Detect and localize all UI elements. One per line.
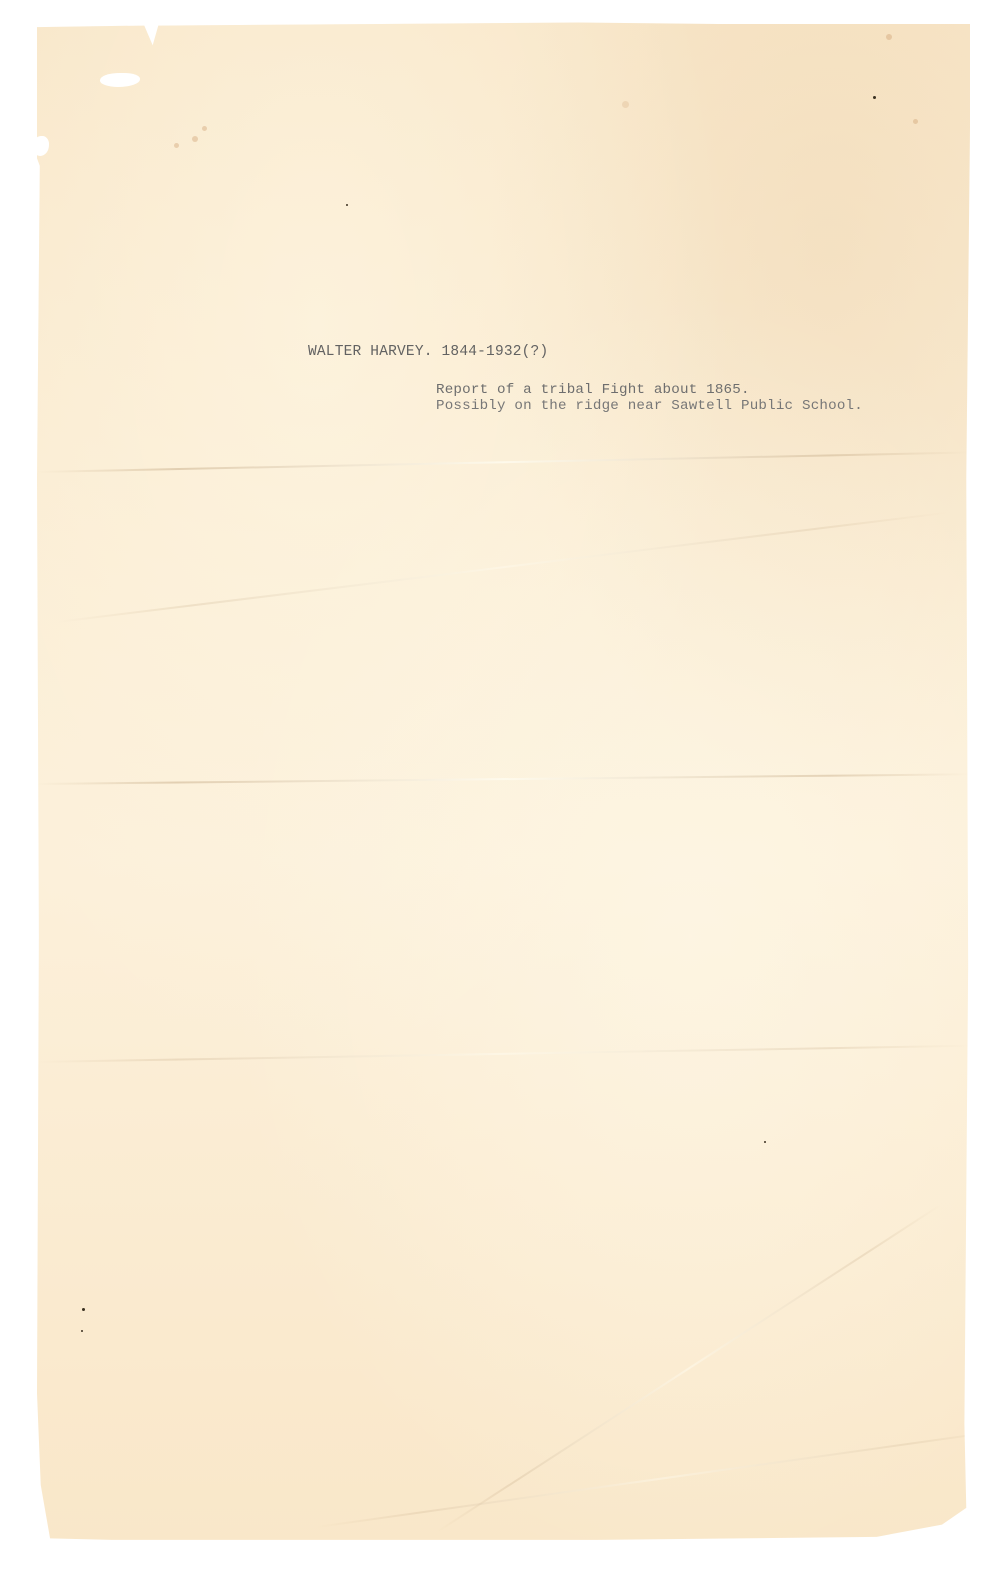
ink-speck (764, 1141, 766, 1143)
stain (886, 34, 892, 40)
ink-speck (81, 1330, 83, 1332)
heading-name: WALTER HARVEY. (308, 344, 433, 360)
note-line: Report of a tribal Fight about 1865. (436, 382, 750, 398)
ink-speck (82, 1308, 85, 1311)
fold-crease (57, 511, 951, 623)
stain (913, 119, 918, 124)
aged-paper-sheet (37, 21, 970, 1546)
fold-crease (37, 773, 970, 785)
stain (202, 126, 207, 131)
paper-tear (100, 73, 140, 87)
note-line: Possibly on the ridge near Sawtell Publi… (436, 398, 863, 414)
stain (622, 101, 629, 108)
fold-crease (37, 451, 970, 473)
stain (192, 136, 198, 142)
fold-crease (436, 1204, 940, 1532)
paper-tear (33, 136, 49, 156)
fold-crease (317, 1429, 1000, 1528)
fold-crease (37, 1045, 970, 1063)
ink-speck (873, 96, 876, 99)
document-heading: WALTER HARVEY. 1844-1932(?) (308, 344, 548, 360)
heading-dates: 1844-1932(?) (442, 344, 549, 360)
stain (174, 143, 179, 148)
ink-speck (346, 204, 348, 206)
